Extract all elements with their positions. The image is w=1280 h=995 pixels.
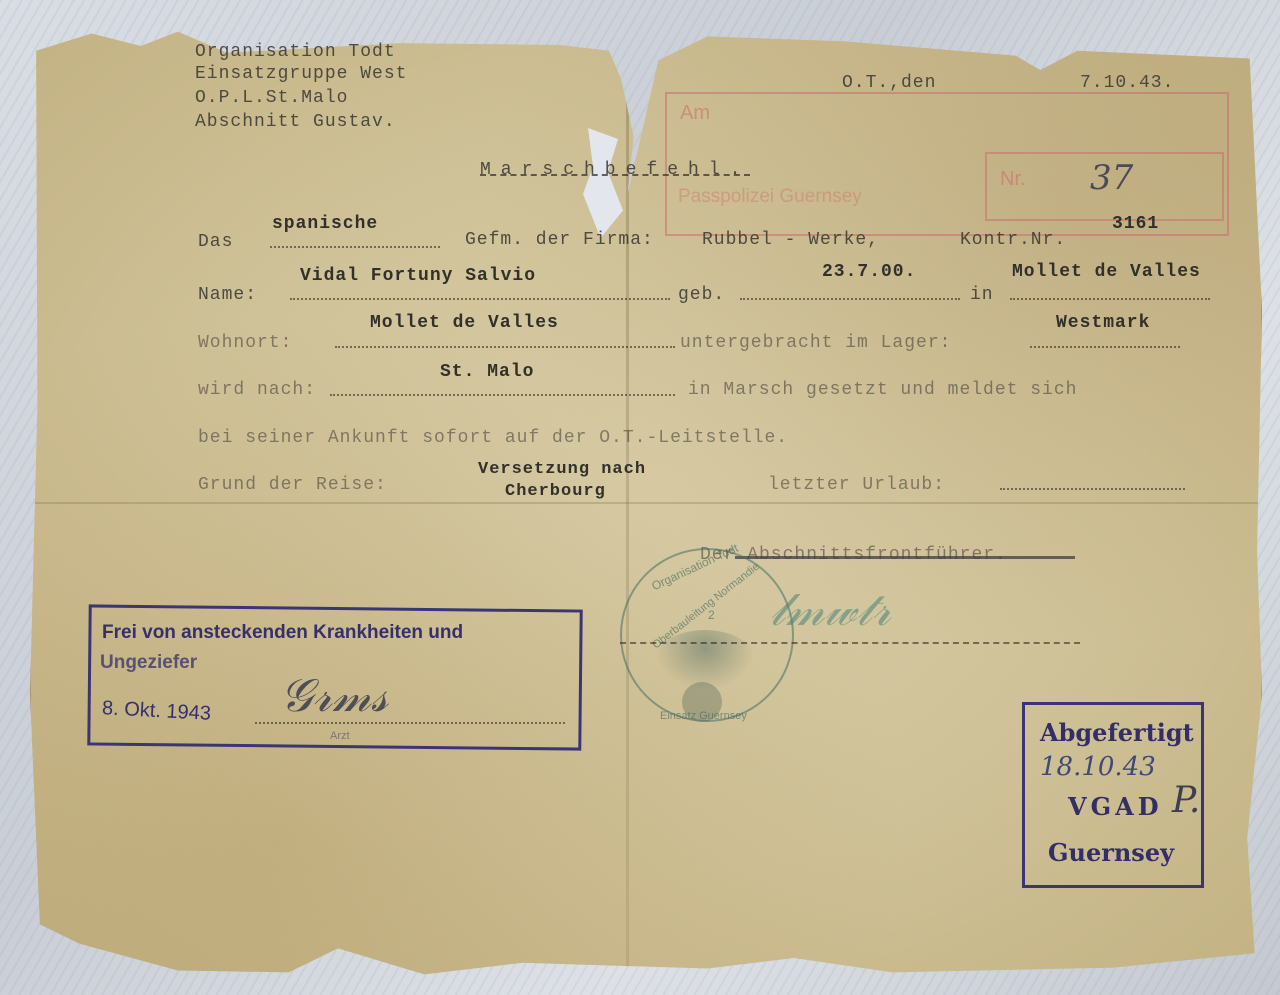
geb-label: geb. — [678, 285, 725, 305]
doctor-label: Arzt — [330, 730, 350, 742]
date-prefix: O.T.,den — [842, 73, 936, 93]
leader-signature: 𝓁𝓂𝓌𝓉𝓇 — [770, 582, 891, 638]
kontr-number: 3161 — [1112, 214, 1159, 234]
nationality-value: spanische — [272, 214, 378, 234]
health-stamp-line-1: Frei von ansteckenden Krankheiten und — [102, 622, 463, 644]
doctor-signature-line — [255, 722, 565, 724]
header-line-4: Abschnitt Gustav. — [195, 112, 396, 132]
dispatch-place: Guernsey — [1048, 838, 1174, 867]
header-line-1: Organisation Todt — [195, 42, 396, 62]
document-date: 7.10.43. — [1080, 73, 1174, 93]
wohnort-dots — [335, 346, 675, 348]
health-stamp-line-2: Ungeziefer — [100, 652, 197, 674]
nationality-dots — [270, 246, 440, 248]
stamp-number-label: Nr. — [1000, 168, 1026, 191]
dispatch-stamp-label: Abgefertigt — [1040, 718, 1194, 747]
stamp-am-label: Am — [680, 102, 710, 125]
lager-dots — [1030, 346, 1180, 348]
urlaub-dots — [1000, 488, 1185, 490]
dispatch-initial: P. — [1172, 780, 1200, 821]
in-label: in — [970, 285, 994, 305]
round-stamp-number: 2 — [708, 608, 715, 622]
grund-line-2: Cherbourg — [505, 482, 606, 501]
destination-value: St. Malo — [440, 362, 534, 382]
name-label: Name: — [198, 285, 257, 305]
wohnort-value: Mollet de Valles — [370, 313, 559, 333]
urlaub-label: letzter Urlaub: — [768, 475, 945, 495]
dispatch-office: VGAD — [1068, 792, 1163, 821]
header-line-3: O.P.L.St.Malo — [195, 88, 348, 108]
das-label: Das — [198, 232, 233, 252]
ankunft-text: bei seiner Ankunft sofort auf der O.T.-L… — [198, 428, 788, 448]
grund-line-1: Versetzung nach — [478, 460, 646, 479]
grund-label: Grund der Reise: — [198, 475, 387, 495]
document-title: Marschbefehl. — [480, 160, 750, 180]
name-dots — [290, 298, 670, 300]
horizontal-fold — [30, 502, 1262, 504]
gefm-text: Gefm. der Firma: — [465, 230, 654, 250]
signature-line — [620, 642, 1080, 644]
lager-value: Westmark — [1056, 313, 1150, 333]
birthplace-dots — [1010, 298, 1210, 300]
firma-value: Rubbel - Werke, — [702, 230, 879, 250]
header-line-2: Einsatzgruppe West — [195, 64, 407, 84]
stamp-number-value: 37 — [1090, 158, 1133, 198]
wird-nach-label: wird nach: — [198, 380, 316, 400]
wohnort-label: Wohnort: — [198, 333, 292, 353]
birthplace-value: Mollet de Valles — [1012, 262, 1201, 282]
lager-label: untergebracht im Lager: — [680, 333, 951, 353]
birth-date-dots — [740, 298, 960, 300]
name-value: Vidal Fortuny Salvio — [300, 266, 536, 286]
stamp-lower-text: Passpolizei Guernsey — [678, 186, 862, 208]
eagle-emblem-icon — [655, 630, 755, 690]
marsch-text: in Marsch gesetzt und meldet sich — [688, 380, 1077, 400]
round-stamp-bottom: Einsatz Guernsey — [660, 710, 747, 722]
kontr-label: Kontr.Nr. — [960, 230, 1066, 250]
destination-dots — [330, 394, 675, 396]
doctor-signature: 𝒢𝓇𝓂𝓈 — [280, 668, 388, 724]
signature-title-strike — [735, 556, 1075, 559]
birth-date: 23.7.00. — [822, 262, 916, 282]
dispatch-date: 18.10.43 — [1040, 752, 1156, 782]
